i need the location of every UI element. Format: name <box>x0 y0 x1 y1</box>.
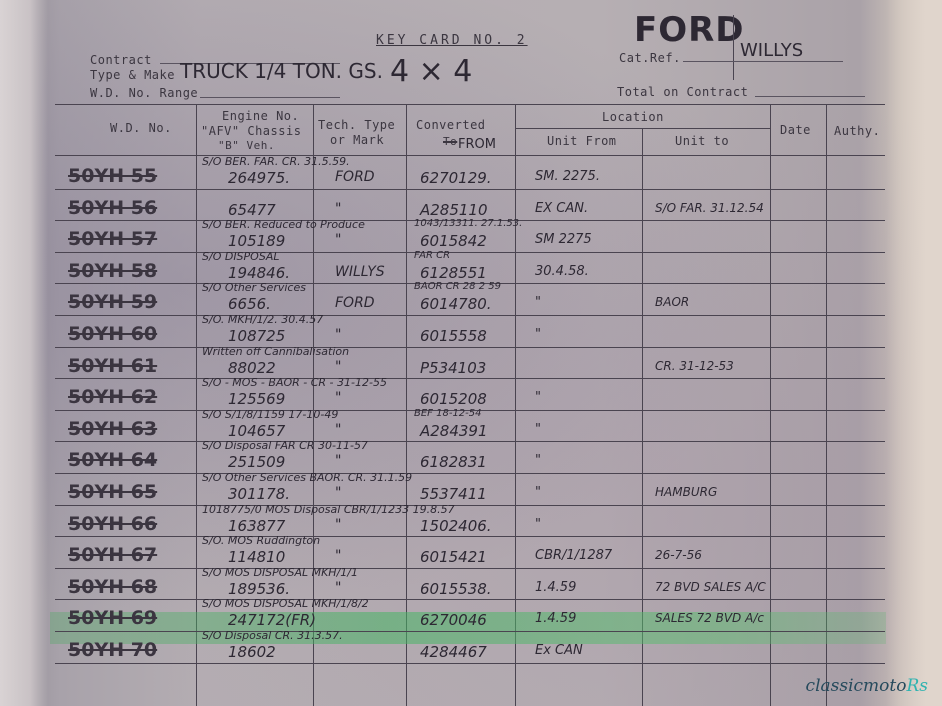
cell-engine: 247172(FR) <box>228 611 316 629</box>
cell-tech: WILLYS <box>335 264 385 280</box>
header-tech-line2: or Mark <box>330 133 384 147</box>
header-converted: Converted <box>416 118 486 132</box>
cell-engine: 264975. <box>228 169 290 187</box>
row-annotation: Written off Cannibalisation <box>202 345 349 358</box>
cell-conv: 6015538. <box>420 580 492 598</box>
cell-conv: 6182831 <box>420 453 487 471</box>
row-divider <box>55 347 885 348</box>
header-divider <box>733 15 734 80</box>
header-engine-line1: Engine No. <box>222 109 299 123</box>
cell-unit-from: EX CAN. <box>535 201 588 216</box>
cell-tech: " <box>335 390 341 406</box>
cell-engine: 105189 <box>228 232 285 250</box>
row-annotation: S/O Other Services BAOR. CR. 31.1.59 <box>202 471 412 484</box>
watermark-accent: Rs <box>906 676 928 696</box>
row-divider <box>55 663 885 664</box>
cell-tech: " <box>335 485 341 501</box>
header-engine-line3: "B" Veh. <box>218 139 275 152</box>
cell-unit-to: SALES 72 BVD A/c <box>655 611 764 625</box>
cell-conv: 6015558 <box>420 327 487 345</box>
cell-engine: 189536. <box>228 580 290 598</box>
cell-tech: " <box>335 327 341 343</box>
row-divider <box>55 599 885 600</box>
cell-unit-from: " <box>535 517 541 532</box>
header-converted-from: FROM <box>458 137 496 152</box>
row-annotation: S/O. MKH/1/2. 30.4.57 <box>202 313 323 326</box>
row-divider <box>55 315 885 316</box>
wd-number: 50YH 70 <box>68 639 157 661</box>
converted-annotation: 1043/13311. 27.1.53. <box>414 218 522 229</box>
page-right-edge <box>886 0 942 706</box>
row-divider <box>55 473 885 474</box>
cell-tech: " <box>335 453 341 469</box>
cell-unit-from: " <box>535 453 541 468</box>
wd-number: 50YH 57 <box>68 228 157 250</box>
wd-number: 50YH 61 <box>68 355 157 377</box>
cell-engine: 104657 <box>228 422 285 440</box>
cell-tech: " <box>335 232 341 248</box>
cell-conv: P534103 <box>420 359 486 377</box>
wd-number: 50YH 67 <box>68 544 157 566</box>
wd-number: 50YH 66 <box>68 513 157 535</box>
table-top-border <box>55 104 885 105</box>
converted-annotation: BAOR CR 28 2 59 <box>414 281 501 292</box>
cat-ref-label: Cat.Ref. <box>619 51 681 65</box>
row-divider <box>55 536 885 537</box>
cell-unit-from: " <box>535 295 541 310</box>
cell-conv: 1502406. <box>420 517 492 535</box>
header-date: Date <box>780 123 811 137</box>
header-location: Location <box>602 110 664 124</box>
cell-engine: 251509 <box>228 453 285 471</box>
header-converted-to: To <box>443 135 457 148</box>
cell-unit-from: SM. 2275. <box>535 169 600 184</box>
cat-ref-value: WILLYS <box>740 40 803 61</box>
total-contract-label: Total on Contract <box>617 85 748 99</box>
wd-number: 50YH 60 <box>68 323 157 345</box>
cell-engine: 18602 <box>228 643 276 661</box>
wd-number: 50YH 63 <box>68 418 157 440</box>
type-make-drive: 4 × 4 <box>390 54 472 89</box>
cell-unit-from: " <box>535 390 541 405</box>
cat-ref-underline <box>683 61 843 62</box>
row-divider <box>55 378 885 379</box>
key-card-document <box>0 0 942 706</box>
header-tech-line1: Tech. Type <box>318 118 395 132</box>
cell-tech: " <box>335 359 341 375</box>
row-annotation: S/O DISPOSAL <box>202 250 279 263</box>
cell-tech: FORD <box>335 169 375 185</box>
cell-tech: " <box>335 548 341 564</box>
row-divider <box>55 631 885 632</box>
wd-number: 50YH 58 <box>68 260 157 282</box>
wd-number: 50YH 68 <box>68 576 157 598</box>
cell-engine: 108725 <box>228 327 285 345</box>
cell-unit-to: 26-7-56 <box>655 548 702 562</box>
cell-conv: A284391 <box>420 422 488 440</box>
row-divider <box>55 505 885 506</box>
row-annotation: 1018775/0 MOS Disposal CBR/1/1233 19.8.5… <box>202 503 455 516</box>
cell-engine: 114810 <box>228 548 285 566</box>
cell-unit-from: Ex CAN <box>535 643 583 658</box>
page-left-edge <box>0 0 48 706</box>
cell-engine: 88022 <box>228 359 276 377</box>
cell-conv: 6015208 <box>420 390 487 408</box>
row-annotation: S/O S/1/8/1159 17-10-49 <box>202 408 338 421</box>
row-annotation: S/O MOS DISPOSAL MKH/1/1 <box>202 566 358 579</box>
row-annotation: S/O. MOS Ruddington <box>202 534 320 547</box>
wd-number: 50YH 69 <box>68 607 157 629</box>
row-annotation: S/O BER. Reduced to Produce <box>202 218 365 231</box>
cell-unit-to: S/O FAR. 31.12.54 <box>655 201 764 215</box>
converted-annotation: FAR CR <box>414 250 450 261</box>
header-authy: Authy. <box>834 124 880 138</box>
header-wd-no: W.D. No. <box>110 121 172 135</box>
card-title: KEY CARD NO. 2 <box>376 33 528 48</box>
cell-unit-from: 30.4.58. <box>535 264 589 279</box>
wd-number: 50YH 62 <box>68 386 157 408</box>
watermark-text: classicmoto <box>806 676 907 696</box>
cell-engine: 301178. <box>228 485 290 503</box>
cell-unit-to: BAOR <box>655 295 689 309</box>
cell-unit-from: CBR/1/1287 <box>535 548 612 563</box>
wd-number: 50YH 56 <box>68 197 157 219</box>
cell-unit-from: 1.4.59 <box>535 580 576 595</box>
wd-number: 50YH 64 <box>68 449 157 471</box>
cell-engine: 125569 <box>228 390 285 408</box>
cell-tech: " <box>335 517 341 533</box>
row-annotation: S/O - MOS - BAOR - CR - 31-12-55 <box>202 376 387 389</box>
cell-tech: " <box>335 580 341 596</box>
row-divider <box>55 189 885 190</box>
converted-annotation: BEF 18-12-54 <box>414 408 482 419</box>
cell-unit-from: " <box>535 485 541 500</box>
header-unit-from: Unit From <box>547 134 617 148</box>
cell-unit-to: 72 BVD SALES A/C <box>655 580 766 594</box>
cell-conv: 6014780. <box>420 295 492 313</box>
wd-range-label: W.D. No. Range <box>90 86 198 100</box>
wd-number: 50YH 59 <box>68 291 157 313</box>
cell-unit-from: SM 2275 <box>535 232 592 247</box>
wd-number: 50YH 65 <box>68 481 157 503</box>
row-annotation: S/O BER. FAR. CR. 31.5.59. <box>202 155 350 168</box>
row-annotation: S/O Other Services <box>202 281 306 294</box>
table-header-bottom-border <box>55 155 885 156</box>
header-unit-to: Unit to <box>675 134 729 148</box>
cell-unit-from: " <box>535 422 541 437</box>
cell-unit-to: HAMBURG <box>655 485 717 499</box>
cell-engine: 194846. <box>228 264 290 282</box>
row-annotation: S/O Disposal CR. 31.3.57. <box>202 629 343 642</box>
cell-engine: 6656. <box>228 295 271 313</box>
wd-range-underline <box>200 97 340 98</box>
cell-conv: 6015842 <box>420 232 487 250</box>
row-divider <box>55 568 885 569</box>
cell-unit-to: CR. 31-12-53 <box>655 359 734 373</box>
total-contract-underline <box>755 96 865 97</box>
cell-conv: 6270129. <box>420 169 492 187</box>
cell-conv: 6015421 <box>420 548 487 566</box>
cell-engine: 163877 <box>228 517 285 535</box>
type-make-value: TRUCK 1/4 TON. GS. <box>180 59 383 83</box>
cell-conv: 6270046 <box>420 611 487 629</box>
wd-number: 50YH 55 <box>68 165 157 187</box>
cell-conv: A285110 <box>420 201 488 219</box>
cell-conv: 6128551 <box>420 264 487 282</box>
row-annotation: S/O MOS DISPOSAL MKH/1/8/2 <box>202 597 369 610</box>
watermark-logo: classicmotoRs <box>806 676 928 696</box>
contract-label: Contract <box>90 53 152 67</box>
cell-tech: FORD <box>335 295 375 311</box>
cell-engine: 65477 <box>228 201 276 219</box>
row-annotation: S/O Disposal FAR CR 30-11-57 <box>202 439 368 452</box>
make-stamp: FORD <box>634 10 745 50</box>
cell-unit-from: 1.4.59 <box>535 611 576 626</box>
header-engine-line2: "AFV" Chassis <box>201 124 301 138</box>
row-divider <box>55 441 885 442</box>
cell-conv: 5537411 <box>420 485 487 503</box>
row-divider <box>55 252 885 253</box>
type-make-label: Type & Make <box>90 68 175 82</box>
cell-conv: 4284467 <box>420 643 487 661</box>
cell-unit-from: " <box>535 327 541 342</box>
cell-tech: " <box>335 422 341 438</box>
cell-tech: " <box>335 201 341 217</box>
